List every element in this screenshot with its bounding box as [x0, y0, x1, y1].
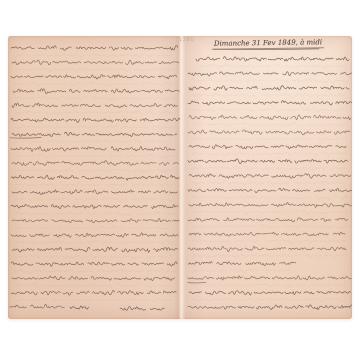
handwriting-underline [10, 138, 41, 139]
handwriting-bleedthrough [191, 166, 347, 171]
right-page-handwriting-line [189, 115, 351, 120]
right-page-handwriting-line [188, 261, 296, 265]
left-page-handwriting-line [70, 306, 89, 309]
date-heading-text: Dimanche 31 Fev 1849, à midi [212, 38, 324, 50]
handwriting-bleedthrough [191, 254, 347, 258]
right-page-handwriting-line [188, 159, 348, 164]
right-page-handwriting-line [188, 72, 352, 76]
handwriting-bleedthrough [192, 239, 346, 244]
handwriting-bleedthrough [14, 240, 175, 244]
left-page-handwriting-line [12, 219, 179, 223]
right-page-handwriting-line [189, 291, 351, 295]
left-page-handwriting-line [12, 190, 177, 195]
handwriting-bleedthrough [199, 64, 346, 69]
handwriting-layer [8, 36, 352, 319]
right-page-handwriting-line [188, 276, 351, 280]
handwriting-bleedthrough [192, 181, 343, 186]
photo-background: Dimanche 31 Fev 1849, à midi 1291 [0, 0, 360, 360]
handwriting-bleedthrough [191, 225, 349, 229]
left-page-handwriting-line [11, 290, 176, 295]
right-page-handwriting-line [196, 57, 349, 61]
right-page-handwriting-line [188, 188, 352, 192]
handwriting-bleedthrough [191, 137, 347, 141]
handwriting-bleedthrough [14, 269, 175, 274]
handwriting-bleedthrough [14, 298, 172, 302]
handwriting-bleedthrough [191, 268, 290, 273]
left-page-handwriting-line [11, 146, 175, 151]
handwriting-bleedthrough [192, 151, 346, 156]
right-page-handwriting-line [189, 232, 345, 236]
left-page-handwriting-line [10, 304, 64, 308]
left-page-handwriting-line [11, 46, 178, 51]
handwriting-bleedthrough [15, 226, 169, 230]
left-page-handwriting-line [11, 262, 177, 267]
handwriting-bleedthrough [14, 211, 175, 215]
handwriting-bleedthrough [192, 298, 346, 302]
letter-paper: Dimanche 31 Fev 1849, à midi 1291 [8, 36, 352, 319]
left-page-handwriting-line [11, 118, 180, 122]
left-page-handwriting-line [12, 161, 179, 166]
pencil-notation: 1291 [179, 37, 194, 44]
handwriting-bleedthrough [14, 125, 175, 129]
handwriting-bleedthrough [192, 210, 347, 214]
handwriting-bleedthrough [191, 283, 348, 287]
left-page-handwriting-line [11, 175, 179, 180]
handwriting-underline [188, 282, 206, 283]
handwriting-bleedthrough [191, 108, 346, 112]
handwriting-bleedthrough [15, 255, 172, 259]
right-page-handwriting-line [189, 174, 350, 179]
left-page-handwriting-line [12, 276, 175, 281]
handwriting-bleedthrough [14, 82, 173, 86]
handwriting-bleedthrough [192, 93, 344, 97]
right-page-handwriting-line [188, 305, 352, 310]
left-page-handwriting-line [120, 307, 164, 311]
handwriting-bleedthrough [14, 154, 177, 158]
right-page-handwriting-line [189, 145, 346, 149]
handwriting-bleedthrough [15, 67, 177, 71]
date-heading: Dimanche 31 Fev 1849, à midi [211, 37, 325, 49]
left-page-handwriting-line [11, 233, 178, 237]
handwriting-bleedthrough [15, 139, 171, 143]
left-page-handwriting-line [11, 204, 178, 208]
right-page-handwriting-line [189, 86, 349, 90]
handwriting-bleedthrough [15, 197, 174, 202]
handwriting-bleedthrough [16, 96, 176, 100]
handwriting-bleedthrough [192, 122, 348, 126]
right-page-handwriting-line [188, 246, 346, 251]
left-page-handwriting-line [12, 103, 177, 108]
handwriting-bleedthrough [14, 53, 173, 57]
handwriting-bleedthrough [191, 195, 348, 199]
handwriting-bleedthrough [15, 111, 174, 115]
left-page-handwriting-line [13, 89, 179, 94]
handwriting-bleedthrough [15, 169, 174, 173]
left-page-handwriting-line [12, 132, 177, 136]
right-page-handwriting-line [189, 203, 351, 208]
right-page-handwriting-line [188, 101, 352, 105]
right-page-handwriting-line [188, 218, 348, 222]
left-page-handwriting-line [12, 247, 178, 252]
handwriting-bleedthrough [15, 283, 171, 287]
handwriting-bleedthrough [14, 183, 175, 187]
right-page-handwriting-line [188, 130, 350, 135]
left-page-handwriting-line [11, 75, 177, 79]
handwriting-bleedthrough [191, 78, 349, 82]
left-page-handwriting-line [12, 60, 179, 65]
